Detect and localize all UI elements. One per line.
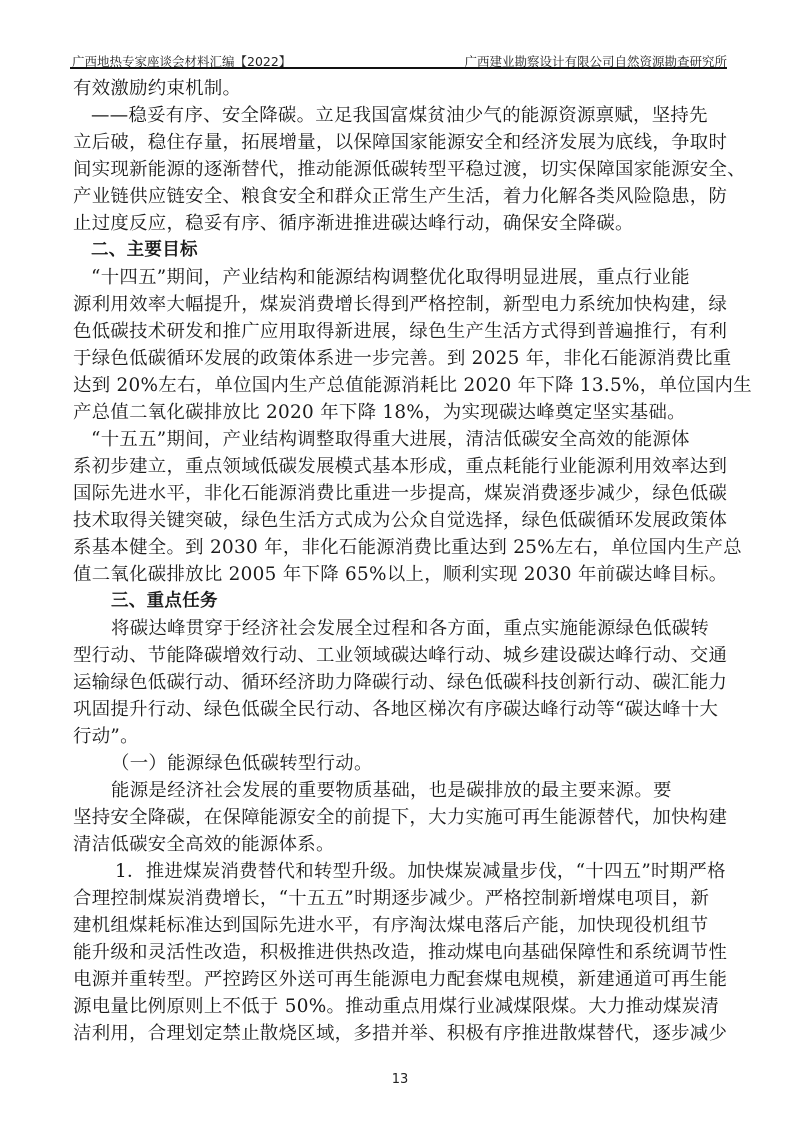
paragraph-line: 色低碳技术研发和推广应用取得新进展，绿色生产生活方式得到普遍推行，有利 (73, 318, 729, 345)
paragraph-line: 合理控制煤炭消费增长，“十五五”时期逐步减少。严格控制新增煤电项目，新 (73, 885, 729, 912)
section-heading-main-goals: 二、主要目标 (73, 237, 729, 264)
paragraph-line: 建机组煤耗标准达到国际先进水平，有序淘汰煤电落后产能，加快现役机组节 (73, 912, 729, 939)
paragraph-line: 坚持安全降碳，在保障能源安全的前提下，大力实施可再生能源替代，加快构建 (73, 804, 729, 831)
paragraph-line: 运输绿色低碳行动、循环经济助力降碳行动、绿色低碳科技创新行动、碳汇能力 (73, 669, 729, 696)
paragraph-line: 型行动、节能降碳增效行动、工业领域碳达峰行动、城乡建设碳达峰行动、交通 (73, 642, 729, 669)
paragraph-line: 清洁低碳安全高效的能源体系。 (73, 831, 729, 858)
paragraph-line: 止过度反应，稳妥有序、循序渐进推进碳达峰行动，确保安全降碳。 (73, 210, 729, 237)
paragraph-line: ——稳妥有序、安全降碳。立足我国富煤贫油少气的能源资源禀赋，坚持先 (73, 102, 729, 129)
running-header: 广西地热专家座谈会材料汇编【2022】 广西建业勘察设计有限公司自然资源勘查研究… (70, 48, 727, 68)
paragraph-line: 能升级和灵活性改造，积极推进供热改造，推动煤电向基础保障性和系统调节性 (73, 939, 729, 966)
paragraph-line: 巩固提升行动、绿色低碳全民行动、各地区梯次有序碳达峰行动等“碳达峰十大 (73, 696, 729, 723)
paragraph-line: 行动”。 (73, 723, 729, 750)
paragraph-line: 达到 20%左右，单位国内生产总值能源消耗比 2020 年下降 13.5%，单位… (73, 372, 729, 399)
subsection-heading: （一）能源绿色低碳转型行动。 (73, 750, 729, 777)
paragraph-line: 源电量比例原则上不低于 50%。推动重点用煤行业减煤限煤。大力推动煤炭清 (73, 993, 729, 1020)
paragraph-line: 于绿色低碳循环发展的政策体系进一步完善。到 2025 年，非化石能源消费比重 (73, 345, 729, 372)
paragraph-line: 间实现新能源的逐渐替代，推动能源低碳转型平稳过渡，切实保障国家能源安全、 (73, 156, 729, 183)
paragraph-line: 产总值二氧化碳排放比 2020 年下降 18%，为实现碳达峰奠定坚实基础。 (73, 399, 729, 426)
page-body: 有效激励约束机制。 ——稳妥有序、安全降碳。立足我国富煤贫油少气的能源资源禀赋，… (73, 75, 729, 1047)
paragraph-line: 国际先进水平，非化石能源消费比重进一步提高，煤炭消费逐步减少，绿色低碳 (73, 480, 729, 507)
section-heading-key-tasks: 三、重点任务 (73, 588, 729, 615)
paragraph-line: 有效激励约束机制。 (73, 75, 729, 102)
paragraph-line: 系基本健全。到 2030 年，非化石能源消费比重达到 25%左右，单位国内生产总 (73, 534, 729, 561)
paragraph-line: 值二氧化碳排放比 2005 年下降 65%以上，顺利实现 2030 年前碳达峰目… (73, 561, 729, 588)
header-divider (70, 67, 727, 69)
paragraph-line: 立后破，稳住存量，拓展增量，以保障国家能源安全和经济发展为底线，争取时 (73, 129, 729, 156)
paragraph-line: 源利用效率大幅提升，煤炭消费增长得到严格控制，新型电力系统加快构建，绿 (73, 291, 729, 318)
paragraph-line: “十五五”期间，产业结构调整取得重大进展，清洁低碳安全高效的能源体 (73, 426, 729, 453)
paragraph-line: 系初步建立，重点领域低碳发展模式基本形成，重点耗能行业能源利用效率达到 (73, 453, 729, 480)
paragraph-line: 电源并重转型。严控跨区外送可再生能源电力配套煤电规模，新建通道可再生能 (73, 966, 729, 993)
paragraph-line: 洁利用，合理划定禁止散烧区域，多措并举、积极有序推进散煤替代，逐步减少 (73, 1020, 729, 1047)
paragraph-line: 技术取得关键突破，绿色生活方式成为公众自觉选择，绿色低碳循环发展政策体 (73, 507, 729, 534)
page-number: 13 (0, 1072, 800, 1087)
paragraph-line: 能源是经济社会发展的重要物质基础，也是碳排放的最主要来源。要 (73, 777, 729, 804)
numbered-item: 1．推进煤炭消费替代和转型升级。加快煤炭减量步伐，“十四五”时期严格 (73, 858, 729, 885)
paragraph-line: 将碳达峰贯穿于经济社会发展全过程和各方面，重点实施能源绿色低碳转 (73, 615, 729, 642)
paragraph-line: “十四五”期间，产业结构和能源结构调整优化取得明显进展，重点行业能 (73, 264, 729, 291)
paragraph-line: 产业链供应链安全、粮食安全和群众正常生产生活，着力化解各类风险隐患，防 (73, 183, 729, 210)
